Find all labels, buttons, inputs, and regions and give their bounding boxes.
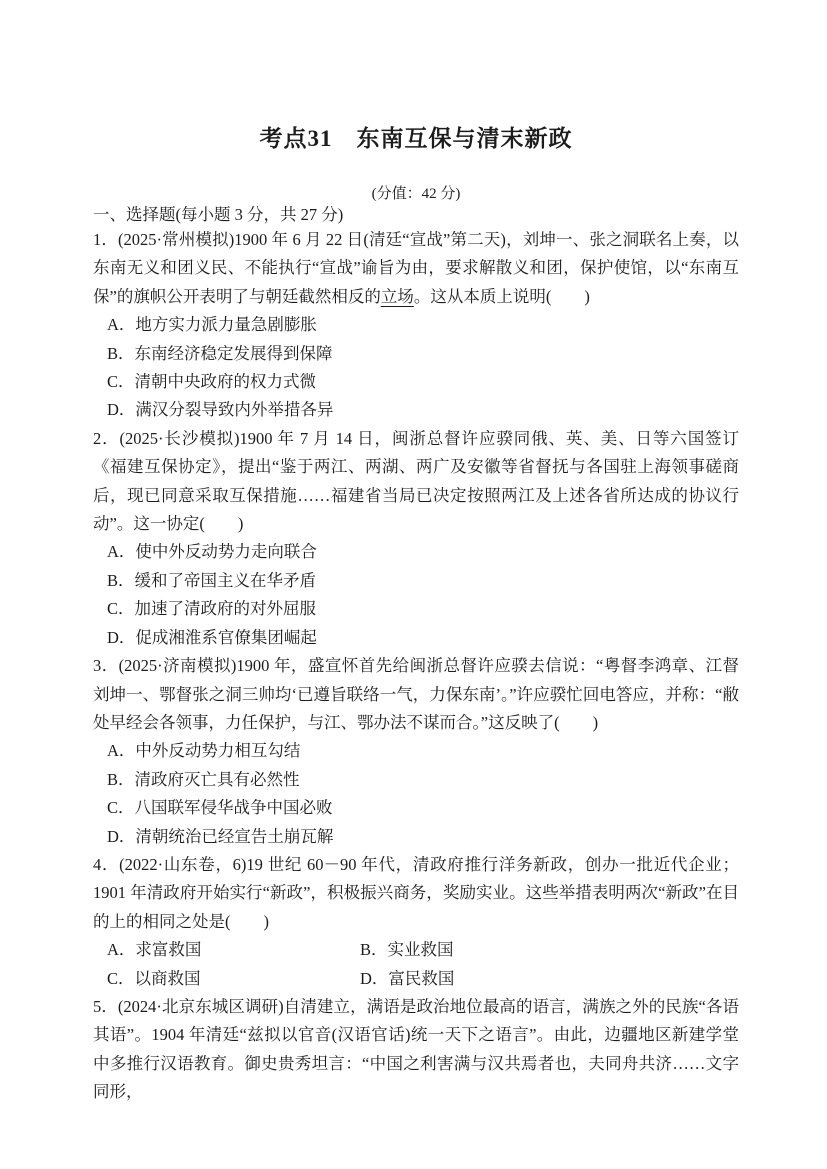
question-stem: 5．(2024·北京东城区调研)自清建立，满语是政治地位最高的语言，满族之外的民… [93, 993, 739, 1107]
document-page: 考点31 东南互保与清末新政 (分值：42 分) 一、选择题(每小题 3 分，共… [0, 0, 827, 1169]
question-4-option-D: D．富民救国 [346, 965, 739, 993]
section-heading: 一、选择题(每小题 3 分，共 27 分) [93, 205, 739, 225]
stem-text: 4．(2022·山东卷，6)19 世纪 60－90 年代，清政府推行洋务新政，创… [93, 855, 739, 931]
stem-text: 5．(2024·北京东城区调研)自清建立，满语是政治地位最高的语言，满族之外的民… [93, 997, 739, 1101]
question-2-option-D: D．促成湘淮系官僚集团崛起 [93, 624, 739, 652]
question-3-option-A: A．中外反动势力相互勾结 [93, 737, 739, 765]
question-1: 1．(2025·常州模拟)1900 年 6 月 22 日(清廷“宣战”第二天)，… [93, 226, 739, 425]
question-2-option-C: C．加速了清政府的对外屈服 [93, 595, 739, 623]
question-stem: 2．(2025·长沙模拟)1900 年 7 月 14 日，闽浙总督许应骙同俄、英… [93, 425, 739, 539]
question-3-option-B: B．清政府灭亡具有必然性 [93, 766, 739, 794]
options: A．中外反动势力相互勾结B．清政府灭亡具有必然性C．八国联军侵华战争中国必败D．… [93, 737, 739, 851]
question-4: 4．(2022·山东卷，6)19 世纪 60－90 年代，清政府推行洋务新政，创… [93, 851, 739, 993]
question-1-option-A: A．地方实力派力量急剧膨胀 [93, 311, 739, 339]
question-1-option-B: B．东南经济稳定发展得到保障 [93, 340, 739, 368]
underlined-term: 立场 [381, 287, 414, 306]
question-1-option-D: D．满汉分裂导致内外举措各异 [93, 396, 739, 424]
question-2-option-A: A．使中外反动势力走向联合 [93, 538, 739, 566]
question-stem: 1．(2025·常州模拟)1900 年 6 月 22 日(清廷“宣战”第二天)，… [93, 226, 739, 311]
question-4-option-B: B．实业救国 [346, 936, 739, 964]
question-2-option-B: B．缓和了帝国主义在华矛盾 [93, 567, 739, 595]
question-stem: 4．(2022·山东卷，6)19 世纪 60－90 年代，清政府推行洋务新政，创… [93, 851, 739, 936]
options: A．地方实力派力量急剧膨胀B．东南经济稳定发展得到保障C．清朝中央政府的权力式微… [93, 311, 739, 425]
question-list: 1．(2025·常州模拟)1900 年 6 月 22 日(清廷“宣战”第二天)，… [93, 226, 739, 1107]
question-4-option-A: A．求富救国 [93, 936, 346, 964]
options: A．求富救国B．实业救国C．以商救国D．富民救国 [93, 936, 739, 993]
stem-text: 3．(2025·济南模拟)1900 年，盛宣怀首先给闽浙总督许应骙去信说：“粤督… [93, 656, 739, 732]
page-content: 考点31 东南互保与清末新政 (分值：42 分) 一、选择题(每小题 3 分，共… [93, 126, 739, 1107]
question-3-option-C: C．八国联军侵华战争中国必败 [93, 794, 739, 822]
question-4-option-C: C．以商救国 [93, 965, 346, 993]
question-3: 3．(2025·济南模拟)1900 年，盛宣怀首先给闽浙总督许应骙去信说：“粤督… [93, 652, 739, 851]
stem-text: 。这从本质上说明( ) [414, 287, 590, 306]
options: A．使中外反动势力走向联合B．缓和了帝国主义在华矛盾C．加速了清政府的对外屈服D… [93, 538, 739, 652]
page-title: 考点31 东南互保与清末新政 [93, 126, 739, 152]
question-stem: 3．(2025·济南模拟)1900 年，盛宣怀首先给闽浙总督许应骙去信说：“粤督… [93, 652, 739, 737]
question-3-option-D: D．清朝统治已经宣告土崩瓦解 [93, 823, 739, 851]
stem-text: 2．(2025·长沙模拟)1900 年 7 月 14 日，闽浙总督许应骙同俄、英… [93, 429, 739, 533]
question-2: 2．(2025·长沙模拟)1900 年 7 月 14 日，闽浙总督许应骙同俄、英… [93, 425, 739, 652]
question-5: 5．(2024·北京东城区调研)自清建立，满语是政治地位最高的语言，满族之外的民… [93, 993, 739, 1107]
question-1-option-C: C．清朝中央政府的权力式微 [93, 368, 739, 396]
score-note: (分值：42 分) [93, 185, 739, 203]
